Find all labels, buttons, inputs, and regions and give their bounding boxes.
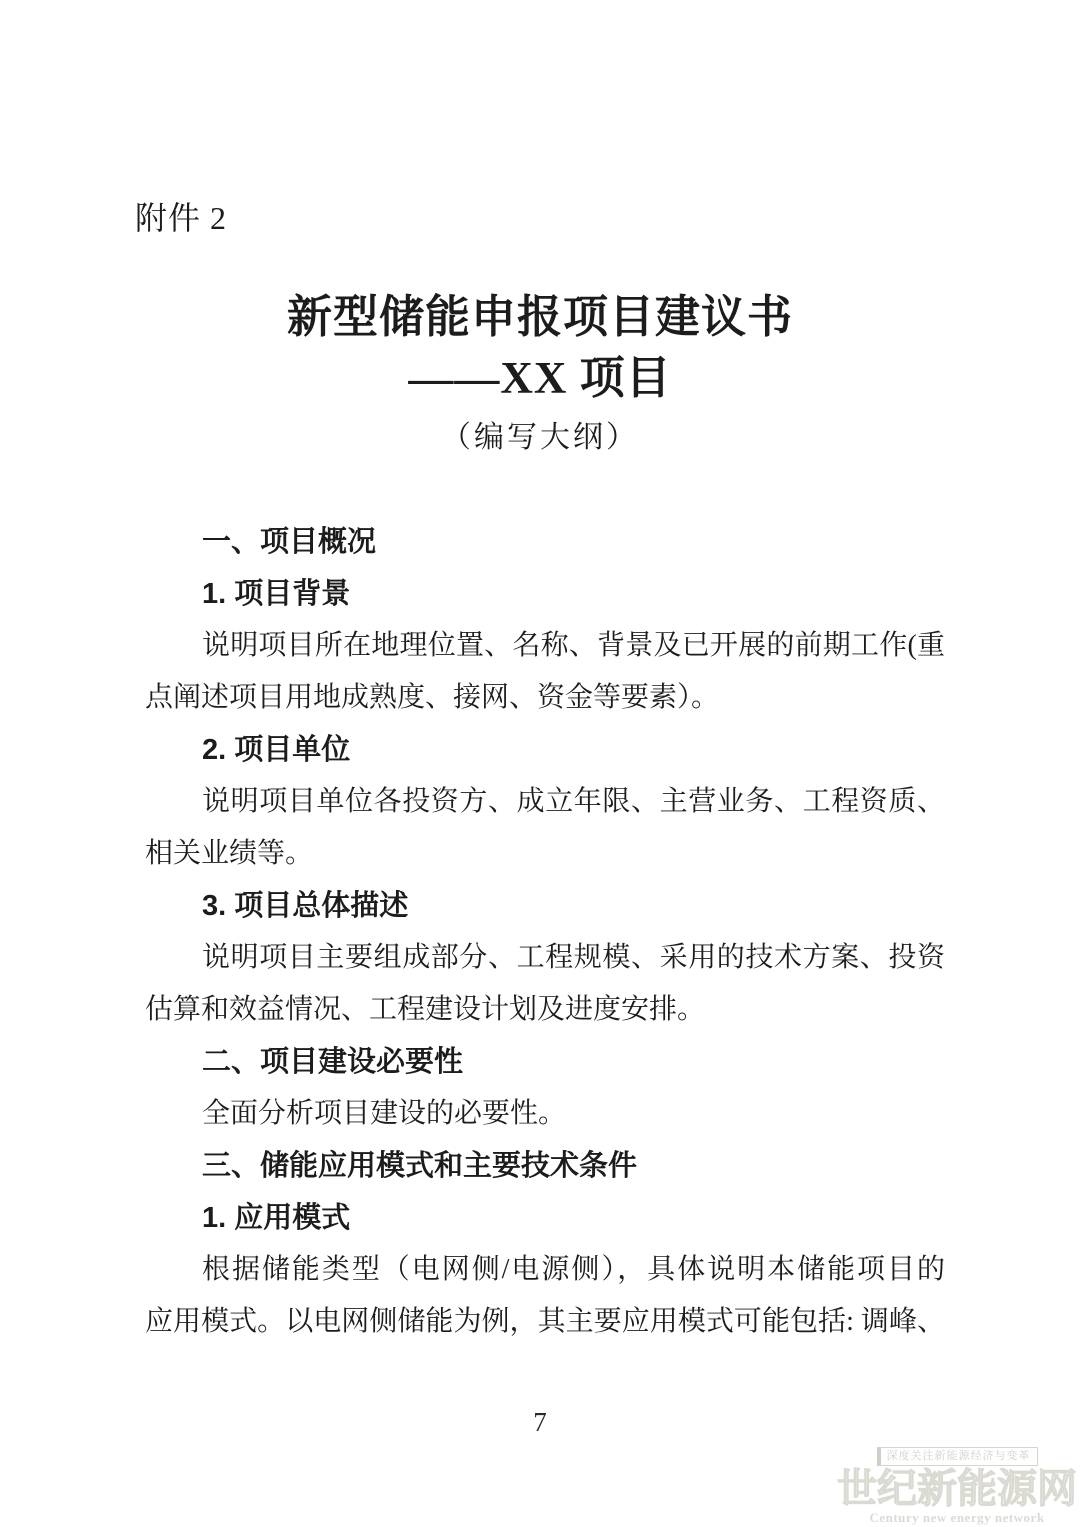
section-heading-1: 一、项目概况 bbox=[145, 516, 945, 568]
section-heading-3: 三、储能应用模式和主要技术条件 bbox=[145, 1140, 945, 1192]
subsection-heading-3-1: 1. 应用模式 bbox=[145, 1192, 945, 1244]
paragraph-line: 说明项目主要组成部分、工程规模、采用的技术方案、投资 bbox=[145, 932, 945, 984]
watermark-slogan: 深度关注新能源经济与变革 bbox=[877, 1447, 1038, 1466]
subsection-heading-1-2: 2. 项目单位 bbox=[145, 724, 945, 776]
paragraph-line: 相关业绩等。 bbox=[145, 828, 945, 880]
page-number: 7 bbox=[0, 1404, 1080, 1440]
paragraph-line: 说明项目单位各投资方、成立年限、主营业务、工程资质、 bbox=[145, 776, 945, 828]
section-heading-2: 二、项目建设必要性 bbox=[145, 1036, 945, 1088]
paragraph-line: 估算和效益情况、工程建设计划及进度安排。 bbox=[145, 984, 945, 1036]
paragraph-line: 点阐述项目用地成熟度、接网、资金等要素）。 bbox=[145, 672, 945, 724]
document-subtitle: （编写大纲） bbox=[0, 420, 1080, 456]
paragraph-line: 根据储能类型（电网侧/电源侧），具体说明本储能项目的 bbox=[145, 1244, 945, 1296]
paragraph-line: 全面分析项目建设的必要性。 bbox=[145, 1088, 945, 1140]
subsection-heading-1-1: 1. 项目背景 bbox=[145, 568, 945, 620]
attachment-label: 附件 2 bbox=[135, 198, 227, 238]
paragraph-line: 应用模式。以电网侧储能为例，其主要应用模式可能包括: 调峰、 bbox=[145, 1296, 945, 1348]
watermark-brand-en: Century new energy network bbox=[834, 1510, 1080, 1525]
watermark-brand: 世纪新能源网 bbox=[834, 1468, 1080, 1510]
watermark: 深度关注新能源经济与变革 世纪新能源网 Century new energy n… bbox=[834, 1446, 1080, 1525]
document-body: 一、项目概况 1. 项目背景 说明项目所在地理位置、名称、背景及已开展的前期工作… bbox=[145, 516, 945, 1348]
document-title-line1: 新型储能申报项目建议书 bbox=[0, 287, 1080, 348]
paragraph-line: 说明项目所在地理位置、名称、背景及已开展的前期工作(重 bbox=[145, 620, 945, 672]
document-title-block: 新型储能申报项目建议书 ——XX 项目 （编写大纲） bbox=[0, 287, 1080, 456]
document-page: 附件 2 新型储能申报项目建议书 ——XX 项目 （编写大纲） 一、项目概况 1… bbox=[0, 0, 1080, 1527]
subsection-heading-1-3: 3. 项目总体描述 bbox=[145, 880, 945, 932]
document-title-line2: ——XX 项目 bbox=[0, 348, 1080, 409]
